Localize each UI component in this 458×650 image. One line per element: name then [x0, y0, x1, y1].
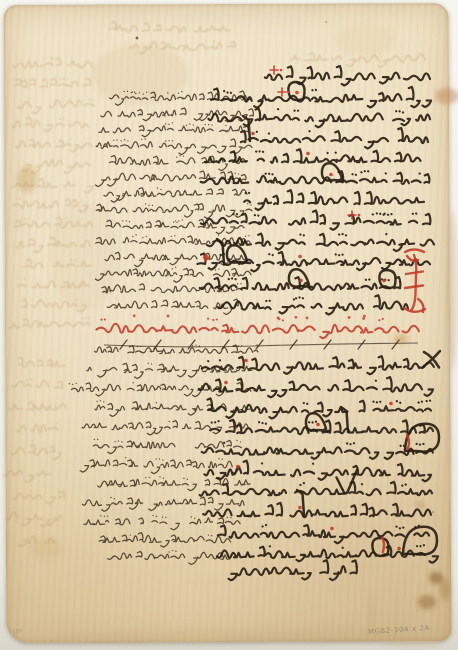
- manuscript-artwork: [0, 0, 458, 650]
- section-ornament: [404, 250, 425, 313]
- rubric-line: [96, 314, 419, 338]
- upper-gloss-block: [95, 91, 253, 315]
- lower-gloss-block: [69, 345, 258, 565]
- manuscript-photo: MG82-304 x 2A Jm: [0, 0, 458, 650]
- rubric-underline: [104, 340, 418, 349]
- lower-main-text-block: [199, 351, 440, 580]
